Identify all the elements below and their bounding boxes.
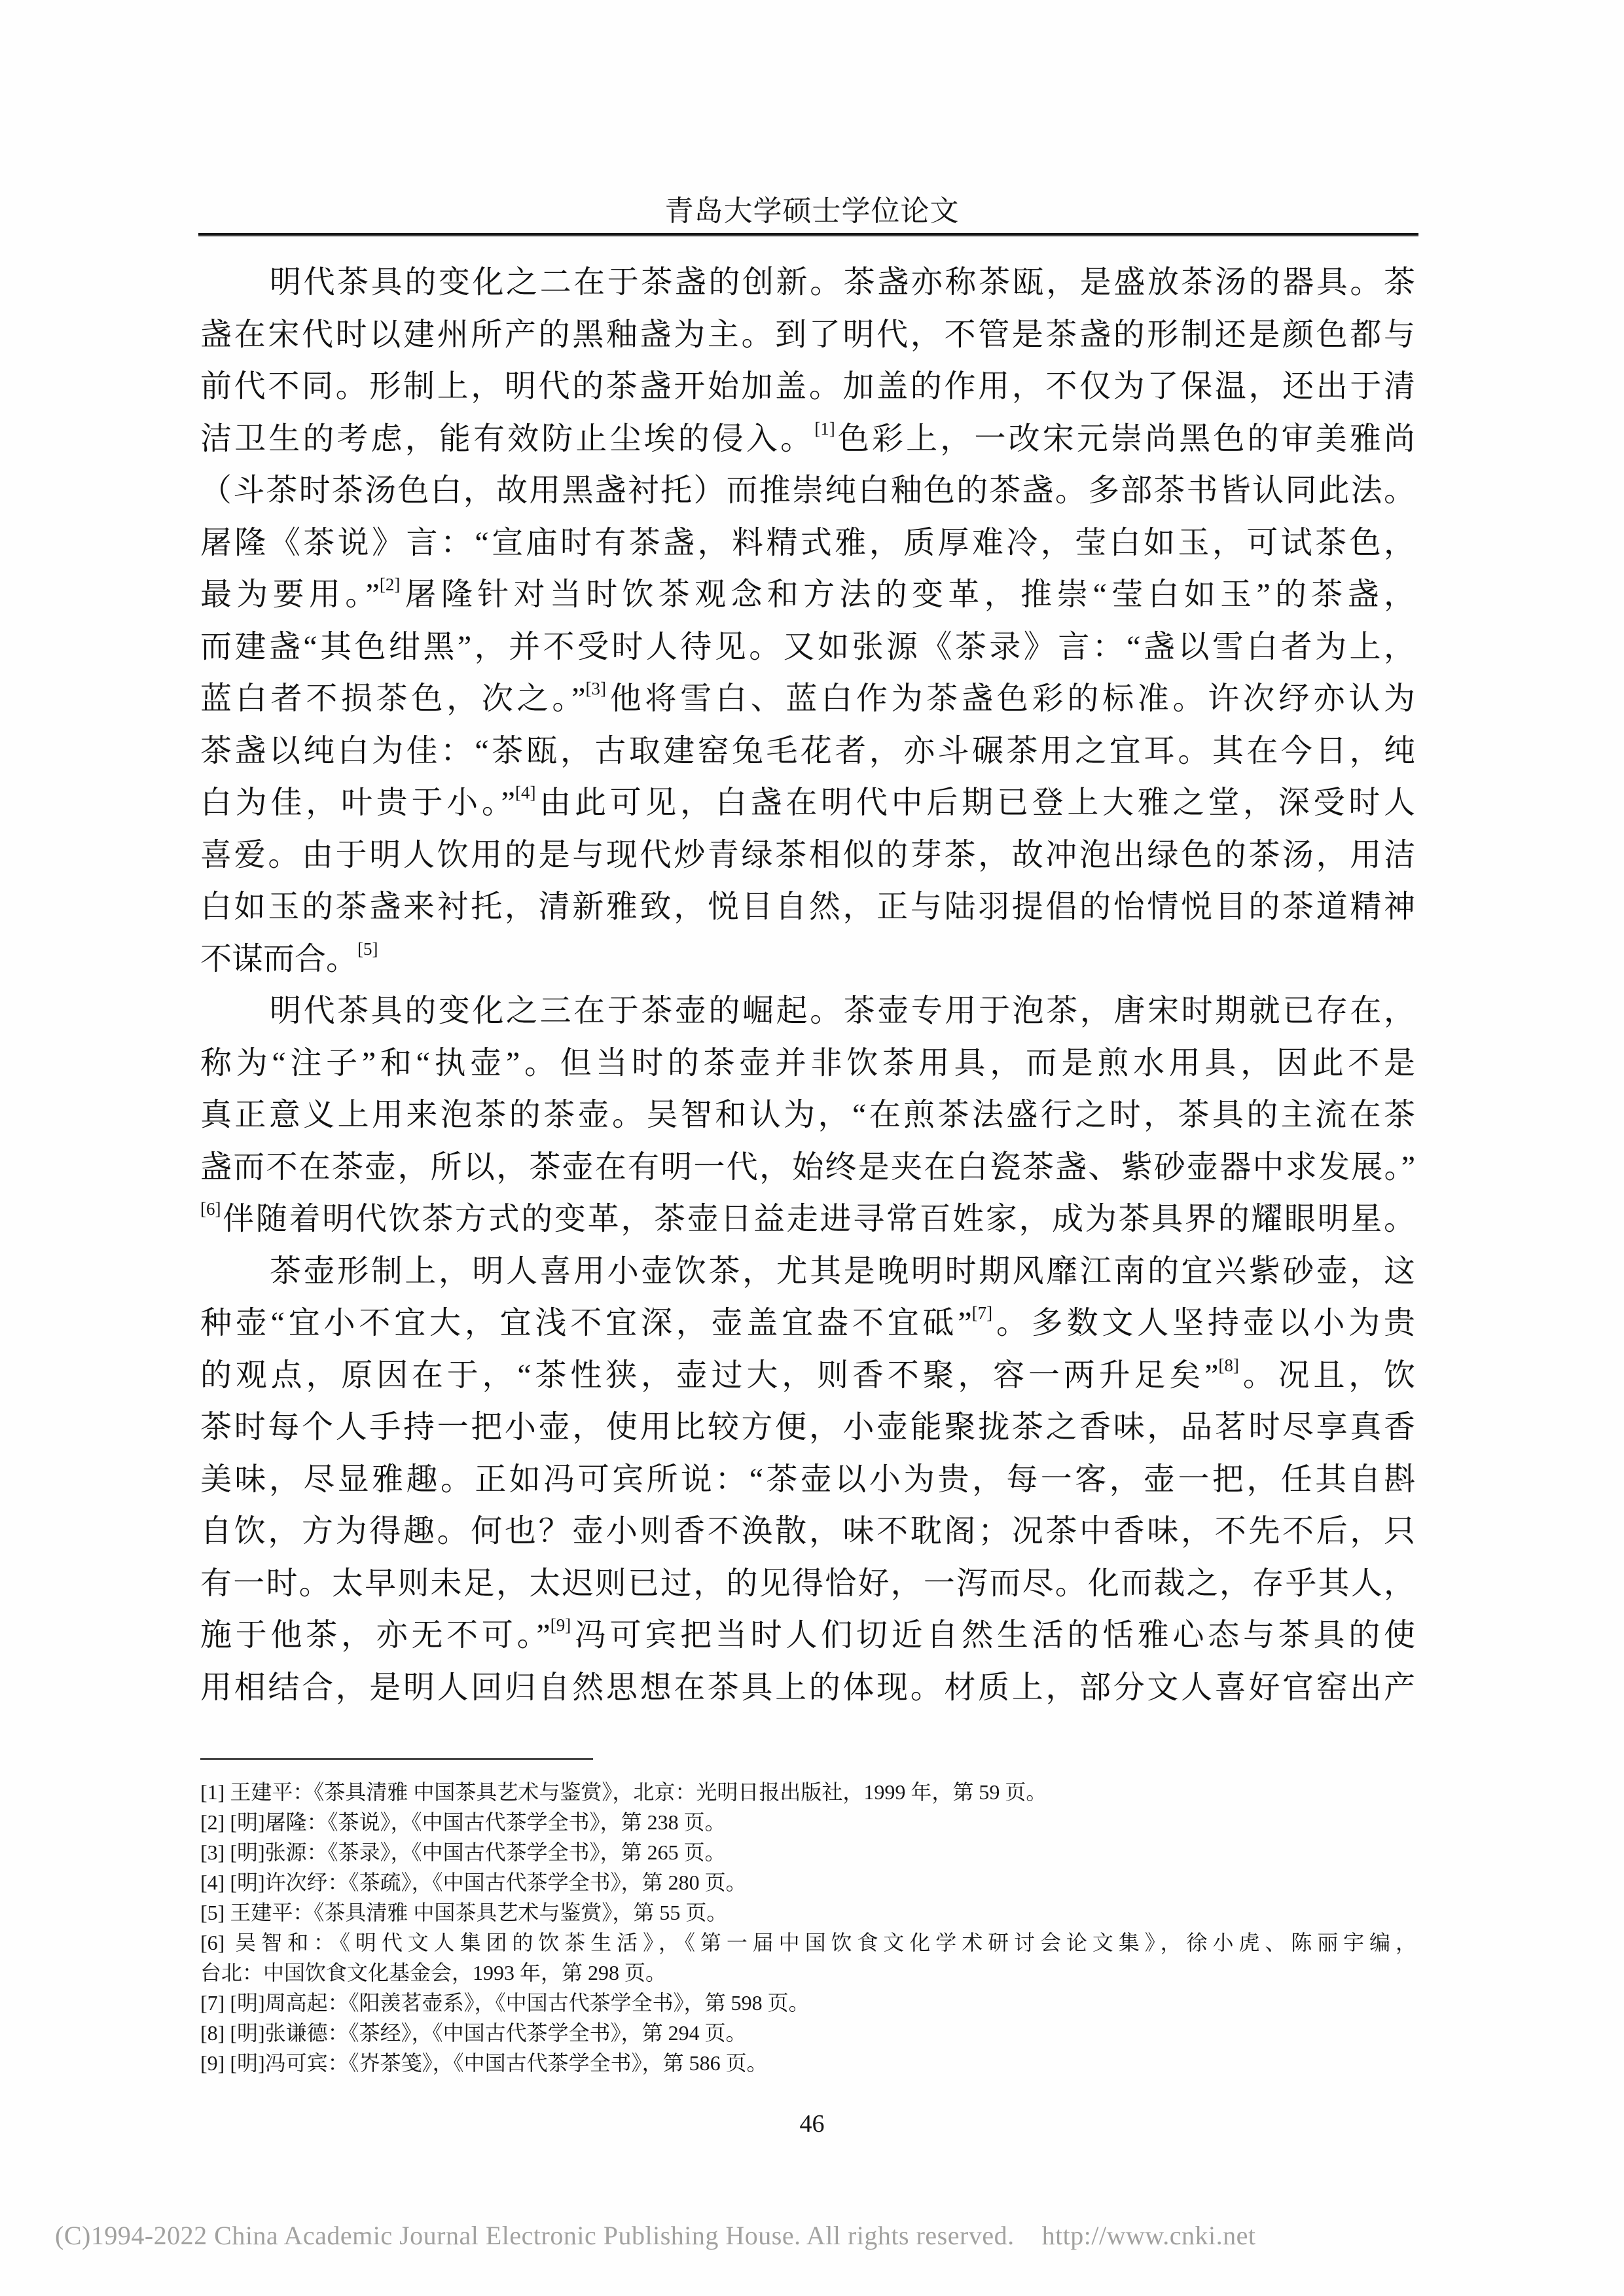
footnote-marker: [2] (380, 575, 400, 594)
body-line: 明代茶具的变化之二在于茶盏的创新。茶盏亦称茶瓯，是盛放茶汤的器具。茶 (200, 257, 1415, 309)
body-line: 真正意义上用来泡茶的茶壶。吴智和认为，“在煎茶法盛行之时，茶具的主流在茶 (200, 1089, 1415, 1141)
footnote-line: [1] 王建平：《茶具清雅 中国茶具艺术与鉴赏》，北京：光明日报出版社，1999… (200, 1777, 1416, 1807)
body-line: （斗茶时茶汤色白，故用黑盏衬托）而推崇纯白釉色的茶盏。多部茶书皆认同此法。 (200, 465, 1415, 517)
body-line: 茶时每个人手持一把小壶，使用比较方便，小壶能聚拢茶之香味，品茗时尽享真香 (200, 1401, 1415, 1454)
body-line: 最为要用。”[2]屠隆针对当时饮茶观念和方法的变革，推崇“莹白如玉”的茶盏， (200, 569, 1415, 621)
body-line: 白为佳，叶贵于小。”[4]由此可见，白盏在明代中后期已登上大雅之堂，深受时人 (200, 777, 1415, 829)
body-line: 盏而不在茶壶，所以，茶壶在有明一代，始终是夹在白瓷茶盏、紫砂壶器中求发展。” (200, 1141, 1415, 1194)
body-line: [6]伴随着明代饮茶方式的变革，茶壶日益走进寻常百姓家，成为茶具界的耀眼明星。 (200, 1193, 1415, 1246)
body-line: 茶盏以纯白为佳：“茶瓯，古取建窑兔毛花者，亦斗碾茶用之宜耳。其在今日，纯 (200, 725, 1415, 778)
footnote-marker: [3] (585, 679, 605, 698)
body-line: 洁卫生的考虑，能有效防止尘埃的侵入。[1]色彩上，一改宋元崇尚黑色的审美雅尚 (200, 413, 1415, 465)
body-line: 喜爱。由于明人饮用的是与现代炒青绿茶相似的芽茶，故冲泡出绿色的茶汤，用洁 (200, 829, 1415, 882)
body-line: 茶壶形制上，明人喜用小壶饮茶，尤其是晚明时期风靡江南的宜兴紫砂壶，这 (200, 1246, 1415, 1298)
thesis-page: 青岛大学硕士学位论文 明代茶具的变化之二在于茶盏的创新。茶盏亦称茶瓯，是盛放茶汤… (0, 0, 1624, 2296)
footnote-marker: [8] (1218, 1355, 1238, 1375)
body-line: 屠隆《茶说》言：“宣庙时有茶盏，料精式雅，质厚难冷，莹白如玉，可试茶色， (200, 517, 1415, 569)
footnote-marker: [9] (550, 1615, 571, 1635)
footnote-line: [9] [明]冯可宾：《岕茶笺》，《中国古代茶学全书》，第 586 页。 (200, 2048, 1416, 2078)
header-rule (198, 233, 1418, 237)
footnote-line: [2] [明]屠隆：《茶说》，《中国古代茶学全书》，第 238 页。 (200, 1807, 1416, 1837)
footnote-line: [5] 王建平：《茶具清雅 中国茶具艺术与鉴赏》，第 55 页。 (200, 1897, 1416, 1928)
body-line: 的观点，原因在于，“茶性狭，壶过大，则香不聚，容一两升足矣”[8]。况且，饮 (200, 1350, 1415, 1402)
footnote-marker: [5] (357, 939, 378, 959)
footnote-line: [4] [明]许次纾：《茶疏》，《中国古代茶学全书》，第 280 页。 (200, 1867, 1416, 1897)
body-line: 盏在宋代时以建州所产的黑釉盏为主。到了明代，不管是茶盏的形制还是颜色都与 (200, 309, 1415, 361)
body-line: 自饮，方为得趣。何也？壶小则香不涣散，味不耽阁；况茶中香味，不先不后，只 (200, 1505, 1415, 1558)
footnote-marker: [4] (515, 783, 535, 802)
footnote-marker: [1] (814, 419, 835, 439)
body-line: 明代茶具的变化之三在于茶壶的崛起。茶壶专用于泡茶，唐宋时期就已存在， (200, 985, 1415, 1037)
body-line: 蓝白者不损茶色，次之。”[3]他将雪白、蓝白作为茶盏色彩的标准。许次纾亦认为 (200, 673, 1415, 725)
footnote-line: [7] [明]周高起：《阳羡茗壶系》，《中国古代茶学全书》，第 598 页。 (200, 1988, 1416, 2018)
body-line: 称为“注子”和“执壶”。但当时的茶壶并非饮茶用具，而是煎水用具，因此不是 (200, 1037, 1415, 1090)
body-line: 白如玉的茶盏来衬托，清新雅致，悦目自然，正与陆羽提倡的怡情悦目的茶道精神 (200, 881, 1415, 933)
footnotes: [1] 王建平：《茶具清雅 中国茶具艺术与鉴赏》，北京：光明日报出版社，1999… (200, 1777, 1416, 2078)
body-line: 施于他茶，亦无不可。”[9]冯可宾把当时人们切近自然生活的恬雅心态与茶具的使 (200, 1609, 1415, 1662)
body-line: 前代不同。形制上，明代的茶盏开始加盖。加盖的作用，不仅为了保温，还出于清 (200, 361, 1415, 413)
body-line: 有一时。太早则未足，太迟则已过，的见得恰好，一泻而尽。化而裁之，存乎其人， (200, 1558, 1415, 1610)
footnote-separator (200, 1758, 593, 1760)
body-text: 明代茶具的变化之二在于茶盏的创新。茶盏亦称茶瓯，是盛放茶汤的器具。茶盏在宋代时以… (200, 257, 1415, 1713)
body-line: 不谋而合。[5] (200, 933, 1415, 986)
copyright-footer: (C)1994-2022 China Academic Journal Elec… (55, 2220, 1255, 2251)
footnote-marker: [6] (200, 1199, 221, 1219)
footnote-line: [6] 吴智和：《明代文人集团的饮茶生活》，《第一届中国饮食文化学术研讨会论文集… (200, 1928, 1416, 1958)
footnote-marker: [7] (972, 1303, 992, 1323)
footnote-line: [3] [明]张源：《茶录》，《中国古代茶学全书》，第 265 页。 (200, 1837, 1416, 1867)
body-line: 用相结合，是明人回归自然思想在茶具上的体现。材质上，部分文人喜好官窑出产 (200, 1662, 1415, 1714)
footnote-line: [8] [明]张谦德：《茶经》，《中国古代茶学全书》，第 294 页。 (200, 2018, 1416, 2048)
footnote-line: 台北：中国饮食文化基金会，1993 年，第 298 页。 (200, 1958, 1416, 1988)
body-line: 而建盏“其色绀黑”，并不受时人待见。又如张源《茶录》言：“盏以雪白者为上， (200, 621, 1415, 673)
body-line: 美味，尽显雅趣。正如冯可宾所说：“茶壶以小为贵，每一客，壶一把，任其自斟 (200, 1454, 1415, 1506)
page-header-title: 青岛大学硕士学位论文 (0, 195, 1624, 228)
body-line: 种壶“宜小不宜大，宜浅不宜深，壶盖宜盎不宜砥”[7]。多数文人坚持壶以小为贵 (200, 1297, 1415, 1350)
page-number: 46 (0, 2109, 1624, 2139)
